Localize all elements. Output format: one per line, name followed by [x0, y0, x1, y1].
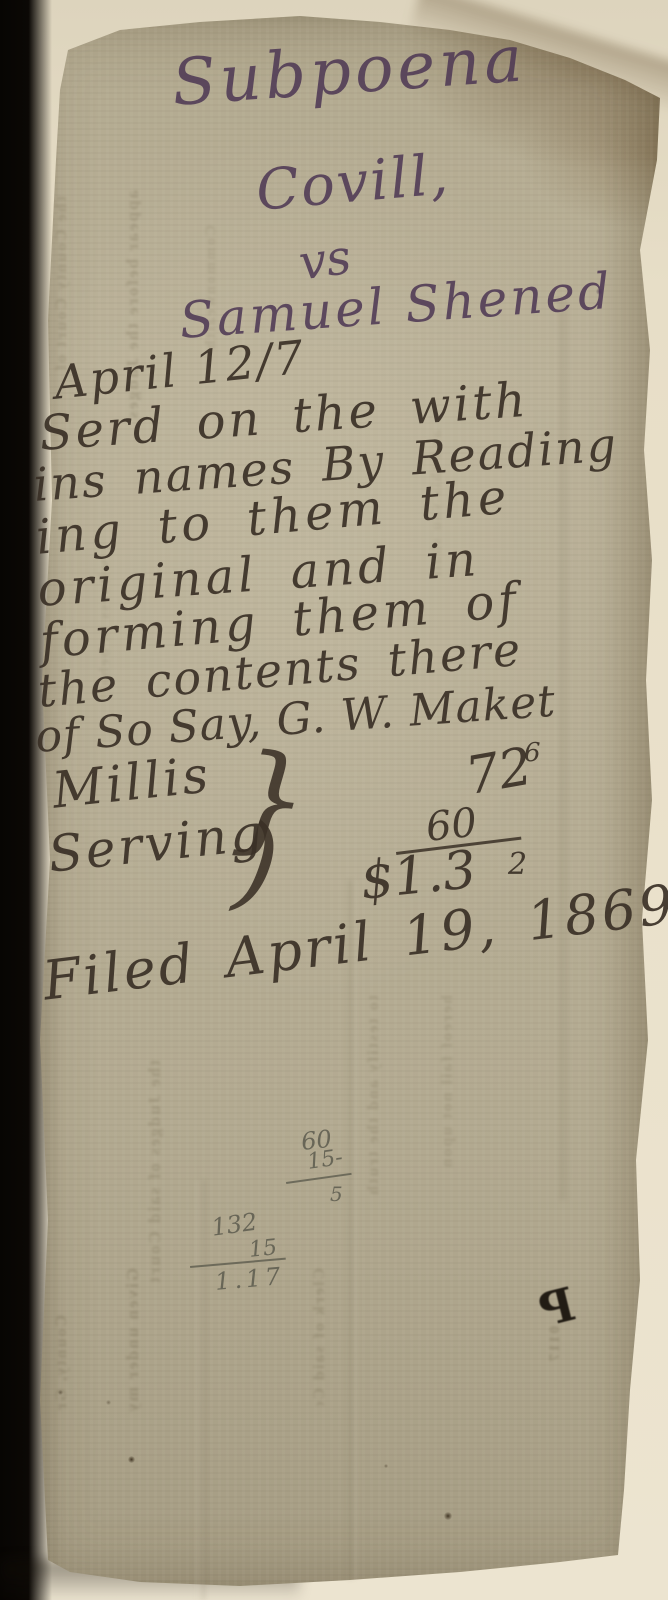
ink-dot: [596, 288, 603, 295]
pencil-calculation-result: 5: [330, 1184, 343, 1204]
photograph-of-document: the County Court of appear before the Ju…: [0, 0, 668, 1600]
bleed-through-column: to testify and the truth: [366, 995, 382, 1235]
fox-spot: [106, 1400, 111, 1405]
bleed-through-column: hereof fail not upon: [440, 995, 456, 1215]
fee-amount-superscript: 6: [524, 740, 541, 766]
pencil-calculation-top: 132: [210, 1210, 259, 1240]
fox-spot: [58, 1390, 63, 1395]
fox-spot: [384, 1464, 388, 1468]
bleed-through-column: County, Greeting: [54, 1315, 70, 1410]
pencil-calculation-mid: 15-: [306, 1147, 344, 1174]
plaintiff-name: Covill,: [254, 147, 452, 220]
fee-total-superscript: 2: [508, 850, 527, 880]
fox-spot: [444, 1512, 452, 1520]
bleed-through-column: Clerk of said Court: [312, 1268, 328, 1406]
pencil-calculation-result: 1.17: [214, 1264, 285, 1294]
fox-spot: [128, 1456, 135, 1463]
bleed-through-column: the Judges of said Court: [146, 1060, 163, 1300]
bleed-through-column: Given under my hand: [124, 1268, 141, 1416]
